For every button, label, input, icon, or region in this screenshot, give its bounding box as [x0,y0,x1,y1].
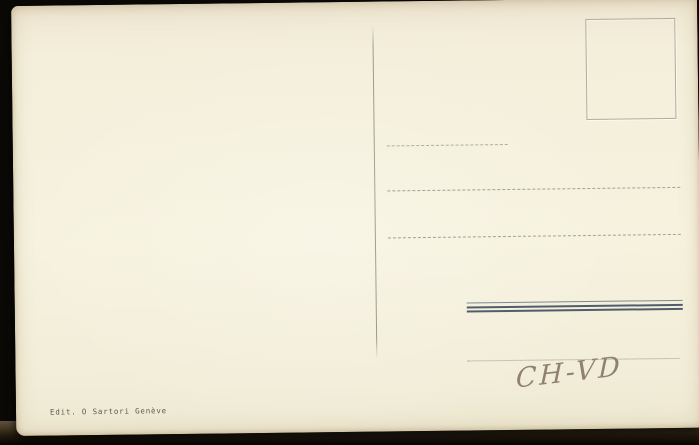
handwritten-note: CH-VD [516,351,623,395]
scanned-postcard-photo: Edit. O Sartori Genève CH-VD [0,0,699,445]
rule-line-dark [467,308,683,313]
address-triple-rule [467,300,683,313]
address-line [387,187,680,192]
center-divider-line [372,26,377,360]
stamp-box-icon [585,18,676,120]
rule-line-light [467,300,683,304]
postcard-back: Edit. O Sartori Genève CH-VD [11,0,699,436]
address-line [388,234,681,239]
publisher-credit: Edit. O Sartori Genève [50,406,167,416]
address-line-short [387,144,508,146]
